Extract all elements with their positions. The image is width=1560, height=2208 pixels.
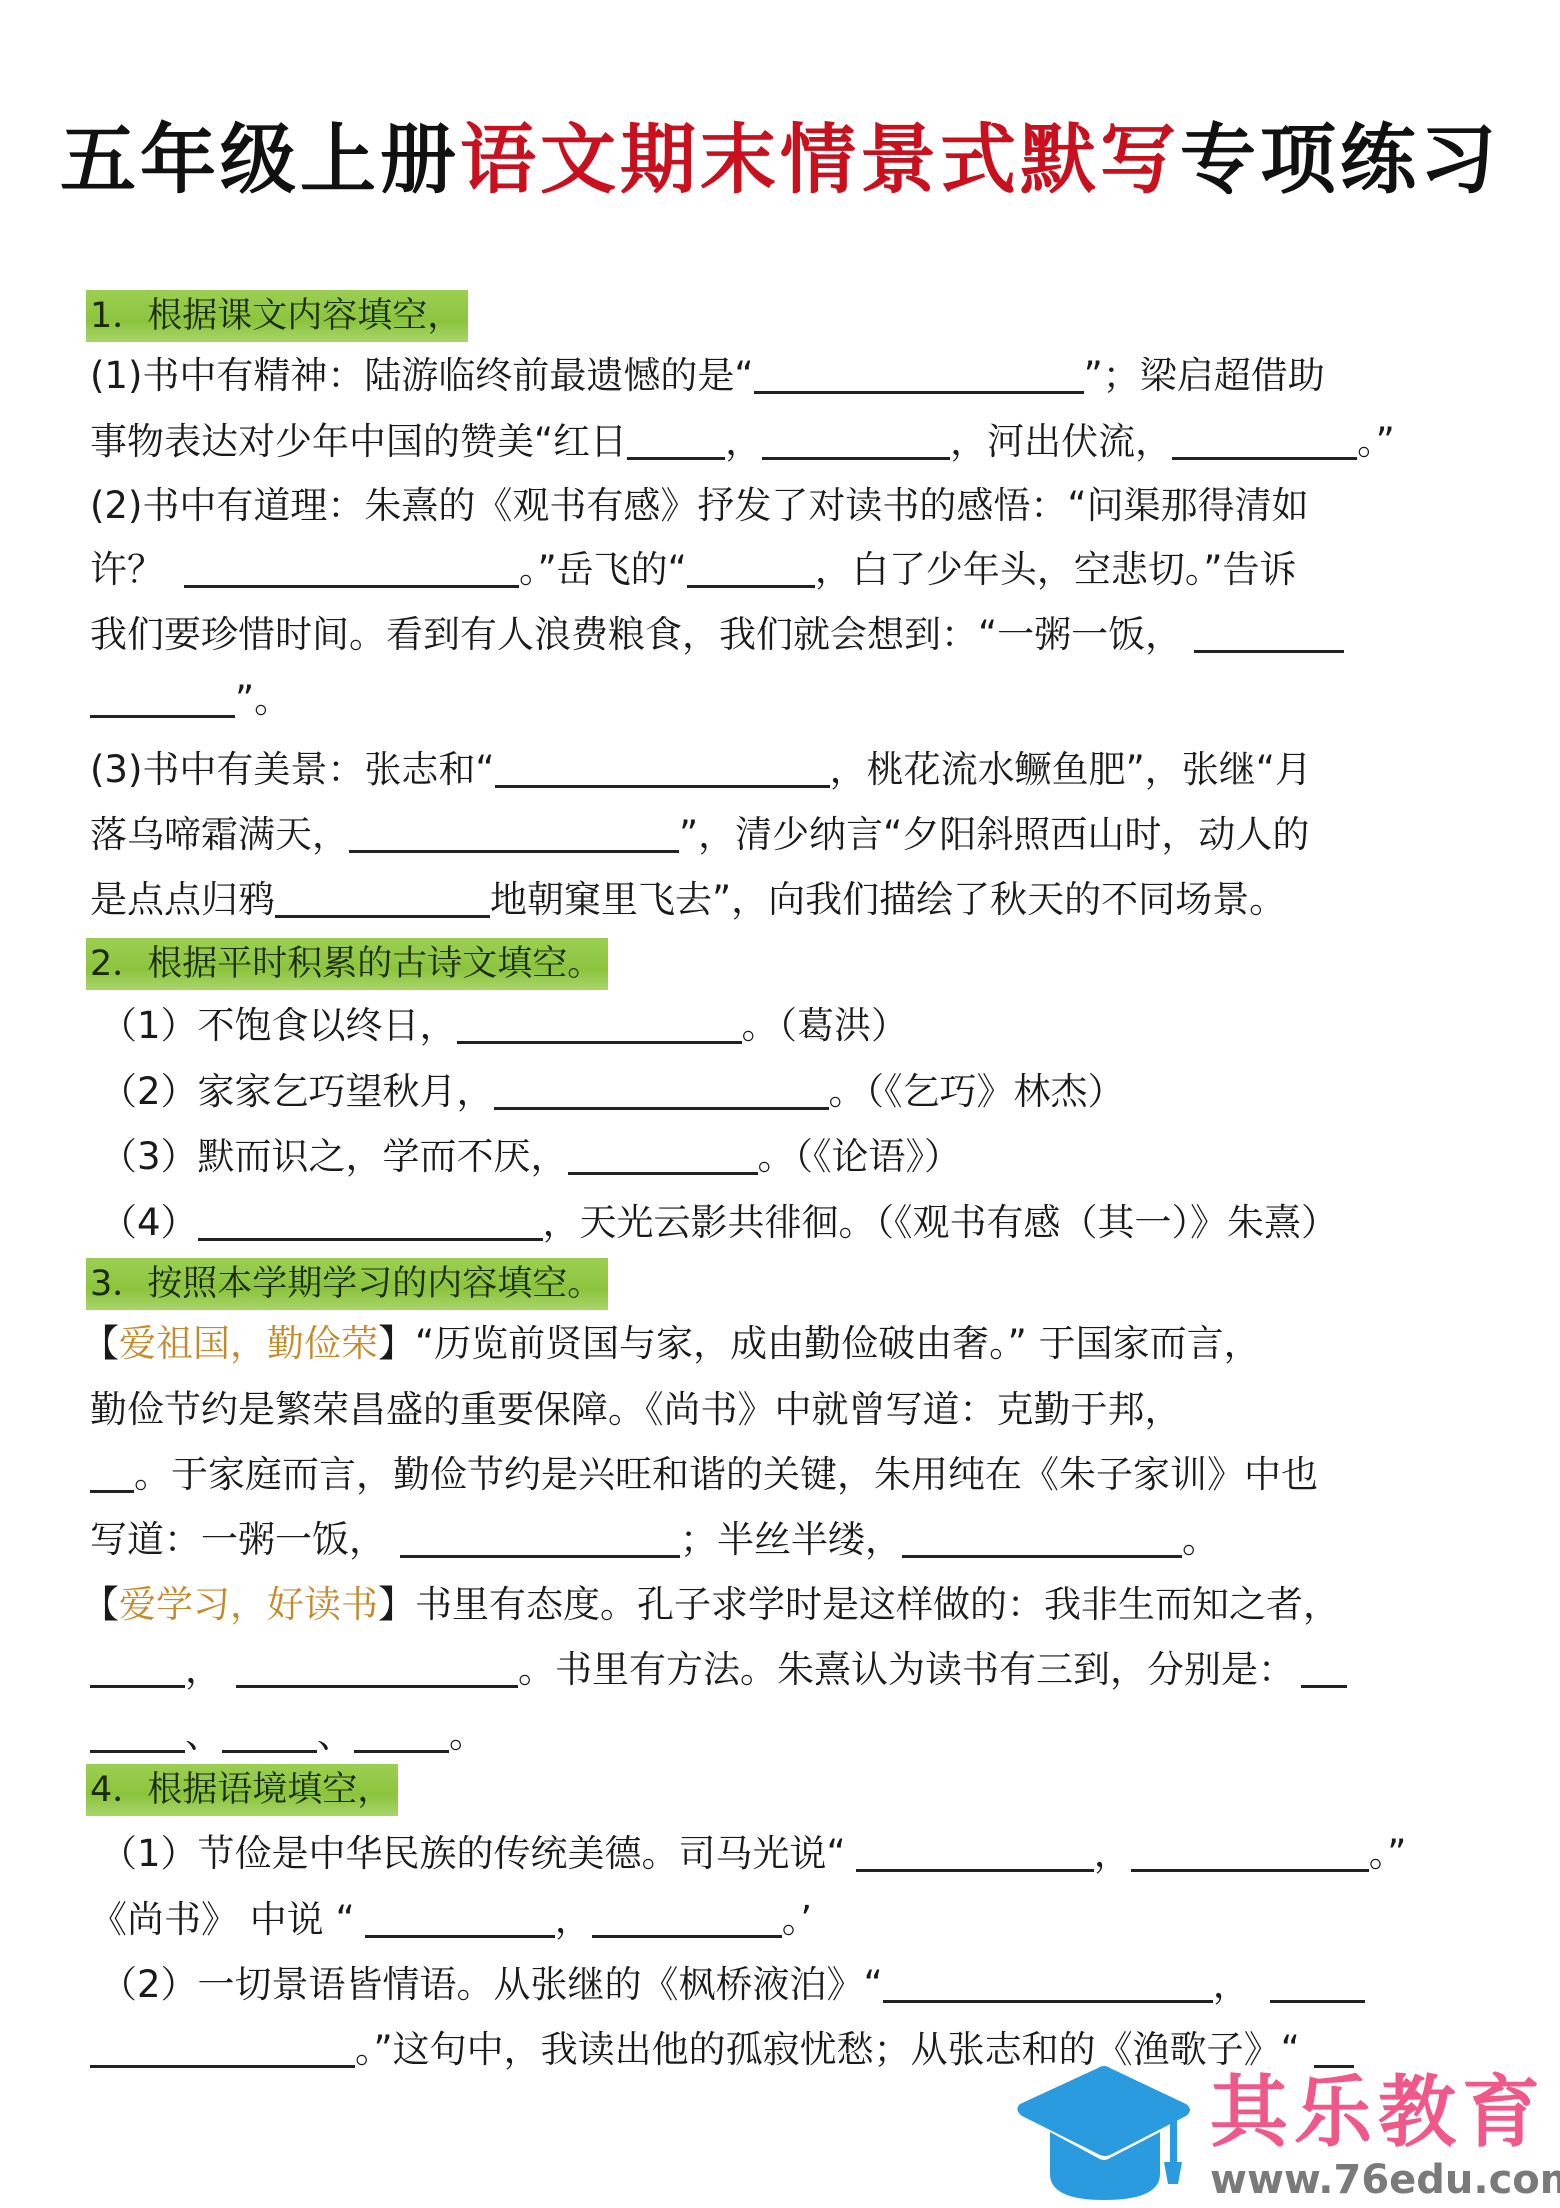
text: 落乌啼霜满天， bbox=[90, 813, 349, 856]
s1-line-9: 是点点归鸦地朝窠里飞去”，向我们描绘了秋天的不同场景。 bbox=[90, 870, 1470, 930]
text: （1）不饱食以终日， bbox=[100, 1004, 457, 1047]
text: 【 bbox=[82, 1322, 119, 1365]
text: ，河出伏流， bbox=[950, 420, 1172, 463]
text: (1)书中有精神：陆游临终前最遗憾的是“ bbox=[90, 354, 754, 397]
text: ， bbox=[725, 420, 762, 463]
s4-line-2: 《尚书》 中说 “，。’ bbox=[90, 1890, 1470, 1950]
s2-item-3: （3）默而识之，学而不厌，。（《论语》） bbox=[100, 1127, 1480, 1187]
blank-12[interactable] bbox=[494, 1067, 829, 1110]
s3-line-6: ，。书里有方法。朱熹认为读书有三到，分别是： bbox=[90, 1640, 1470, 1700]
blank-22[interactable] bbox=[354, 1710, 449, 1753]
s1-line-7: (3)书中有美景：张志和“，桃花流水鳜鱼肥”，张继“月 bbox=[90, 740, 1470, 800]
blank-8[interactable] bbox=[495, 745, 830, 788]
s3-line-2: 勤俭节约是繁荣昌盛的重要保障。《尚书》中就曾写道：克勤于邦， bbox=[90, 1380, 1470, 1440]
text: 是点点归鸦 bbox=[90, 878, 275, 921]
blank-5[interactable] bbox=[184, 545, 519, 588]
text: ，天光云影共徘徊。（《观书有感（其一）》朱熹） bbox=[543, 1201, 1339, 1244]
s1-line-8: 落乌啼霜满天，”，清少纳言“夕阳斜照西山时，动人的 bbox=[90, 805, 1470, 865]
text: 、 bbox=[317, 1713, 354, 1756]
blank-1[interactable] bbox=[754, 351, 1084, 394]
watermark-logo: 其乐教育 www.76edu.com bbox=[1010, 2062, 1555, 2202]
blank-20b[interactable] bbox=[90, 1710, 185, 1753]
s3-line-3: 。于家庭而言，勤俭节约是兴旺和谐的关键，朱用纯在《朱子家训》中也 bbox=[90, 1445, 1470, 1505]
blank-28b[interactable] bbox=[90, 2025, 355, 2068]
s1-line-3: (2)书中有道理：朱熹的《观书有感》抒发了对读书的感悟：“问渠那得清如 bbox=[90, 476, 1470, 536]
s1-line-5: 我们要珍惜时间。看到有人浪费粮食，我们就会想到：“一粥一饭， bbox=[90, 605, 1470, 665]
text: 我们要珍惜时间。看到有人浪费粮食，我们就会想到：“一粥一饭， bbox=[90, 613, 1182, 656]
text: 勤俭节约是繁荣昌盛的重要保障。《尚书》中就曾写道：克勤于邦， bbox=[90, 1388, 1182, 1431]
title-grade: 五年级上册 bbox=[60, 115, 460, 204]
brand-name: 其乐教育 bbox=[1210, 2068, 1546, 2158]
s2-item-1: （1）不饱食以终日，。（葛洪） bbox=[100, 996, 1480, 1056]
text: ，桃花流水鳜鱼肥”，张继“月 bbox=[830, 748, 1312, 791]
blank-9[interactable] bbox=[349, 810, 679, 853]
text: 。（葛洪） bbox=[742, 1004, 909, 1047]
text: （3）默而识之，学而不厌， bbox=[100, 1135, 568, 1178]
section-3-header: 3．按照本学期学习的内容填空。 bbox=[86, 1258, 608, 1310]
text: 。” bbox=[1357, 420, 1395, 463]
section-1-header: 1．根据课文内容填空， bbox=[86, 290, 468, 342]
text: ；半丝半缕， bbox=[680, 1518, 902, 1561]
text: （2）一切景语皆情语。从张继的《枫桥液泊》“ bbox=[100, 1963, 883, 2006]
blank-10[interactable] bbox=[275, 875, 490, 918]
title-suffix: 专项练习 bbox=[1180, 115, 1500, 204]
text: ， bbox=[1213, 1963, 1250, 2006]
text: ， bbox=[185, 1648, 222, 1691]
s2-item-4: （4），天光云影共徘徊。（《观书有感（其一）》朱熹） bbox=[100, 1193, 1480, 1253]
text: 。书里有方法。朱熹认为读书有三到，分别是： bbox=[518, 1648, 1295, 1691]
blank-2[interactable] bbox=[627, 417, 725, 460]
text: 地朝窠里飞去”，向我们描绘了秋天的不同场景。 bbox=[490, 878, 1286, 921]
blank-16[interactable] bbox=[400, 1515, 680, 1558]
blank-7b[interactable] bbox=[90, 675, 235, 718]
blank-23[interactable] bbox=[856, 1829, 1094, 1872]
s3-line-7: 、、。 bbox=[90, 1705, 1470, 1765]
s1-line-1: (1)书中有精神：陆游临终前最遗憾的是“”；梁启超借助 bbox=[90, 346, 1470, 406]
section-2-header: 2．根据平时积累的古诗文填空。 bbox=[86, 938, 608, 990]
text: 。” bbox=[1369, 1832, 1407, 1875]
text: 【 bbox=[82, 1583, 119, 1626]
text: （4） bbox=[100, 1201, 198, 1244]
text: 。（《论语》） bbox=[758, 1135, 962, 1178]
s3-line-1: 【爱祖国，勤俭荣】“历览前贤国与家，成由勤俭破由奢。” 于国家而言， bbox=[82, 1314, 1462, 1374]
blank-19[interactable] bbox=[236, 1645, 518, 1688]
text: 。 bbox=[449, 1713, 486, 1756]
text: 。 bbox=[1182, 1518, 1219, 1561]
text: 。于家庭而言，勤俭节约是兴旺和谐的关键，朱用纯在《朱子家训》中也 bbox=[134, 1453, 1318, 1496]
s4-line-1: （1）节俭是中华民族的传统美德。司马光说“，。” bbox=[100, 1824, 1480, 1884]
tag-love-learning: 爱学习，好读书 bbox=[119, 1583, 378, 1626]
blank-26[interactable] bbox=[592, 1895, 782, 1938]
text: 事物表达对少年中国的赞美“红日 bbox=[90, 420, 627, 463]
text: (3)书中有美景：张志和“ bbox=[90, 748, 495, 791]
blank-27[interactable] bbox=[883, 1960, 1213, 2003]
text: 许？ bbox=[90, 548, 164, 591]
page-title: 五年级上册语文期末情景式默写专项练习 bbox=[0, 112, 1560, 208]
blank-11[interactable] bbox=[457, 1001, 742, 1044]
s2-item-2: （2）家家乞巧望秋月，。（《乞巧》林杰） bbox=[100, 1062, 1480, 1122]
blank-6[interactable] bbox=[687, 545, 815, 588]
blank-17[interactable] bbox=[902, 1515, 1182, 1558]
s3-line-4: 写道：一粥一饭，；半丝半缕，。 bbox=[90, 1510, 1470, 1570]
s4-line-3: （2）一切景语皆情语。从张继的《枫桥液泊》“， bbox=[100, 1955, 1480, 2015]
blank-15[interactable] bbox=[90, 1450, 134, 1493]
section-4-header: 4．根据语境填空， bbox=[86, 1764, 398, 1816]
text: ”，清少纳言“夕阳斜照西山时，动人的 bbox=[679, 813, 1309, 856]
text: 】书里有态度。孔子求学时是这样做的：我非生而知之者， bbox=[378, 1583, 1340, 1626]
blank-20[interactable] bbox=[1301, 1645, 1347, 1688]
blank-7[interactable] bbox=[1194, 610, 1344, 653]
text: 。（《乞巧》林杰） bbox=[829, 1070, 1125, 1113]
text: 。”岳飞的“ bbox=[519, 548, 687, 591]
text: ”。 bbox=[235, 678, 291, 721]
text: 写道：一粥一饭， bbox=[90, 1518, 386, 1561]
blank-18[interactable] bbox=[90, 1645, 185, 1688]
blank-3[interactable] bbox=[762, 417, 950, 460]
s1-line-6: ”。 bbox=[90, 670, 1470, 730]
text: 、 bbox=[185, 1713, 222, 1756]
text: 】“历览前贤国与家，成由勤俭破由奢。” 于国家而言， bbox=[378, 1322, 1261, 1365]
blank-21[interactable] bbox=[222, 1710, 317, 1753]
title-topic: 语文期末情景式默写 bbox=[460, 115, 1180, 204]
s1-line-2: 事物表达对少年中国的赞美“红日，，河出伏流，。” bbox=[90, 412, 1470, 472]
blank-25[interactable] bbox=[365, 1895, 555, 1938]
blank-13[interactable] bbox=[568, 1132, 758, 1175]
s1-line-4: 许？。”岳飞的“，白了少年头，空悲切。”告诉 bbox=[90, 540, 1470, 600]
tag-patriotism: 爱祖国，勤俭荣 bbox=[119, 1322, 378, 1365]
text: ”；梁启超借助 bbox=[1084, 354, 1325, 397]
blank-28[interactable] bbox=[1270, 1960, 1365, 2003]
s3-line-5: 【爱学习，好读书】书里有态度。孔子求学时是这样做的：我非生而知之者， bbox=[82, 1575, 1462, 1635]
text: （1）节俭是中华民族的传统美德。司马光说“ bbox=[100, 1832, 846, 1875]
text: 《尚书》 中说 “ bbox=[90, 1898, 355, 1941]
graduation-cap-icon bbox=[1010, 2062, 1200, 2202]
text: ， bbox=[555, 1898, 592, 1941]
text: ， bbox=[1094, 1832, 1131, 1875]
text: ，白了少年头，空悲切。”告诉 bbox=[815, 548, 1297, 591]
blank-14[interactable] bbox=[198, 1198, 543, 1241]
brand-url: www.76edu.com bbox=[1210, 2158, 1560, 2202]
text: 。’ bbox=[782, 1898, 812, 1941]
text: （2）家家乞巧望秋月， bbox=[100, 1070, 494, 1113]
text: (2)书中有道理：朱熹的《观书有感》抒发了对读书的感悟：“问渠那得清如 bbox=[90, 484, 1309, 527]
blank-24[interactable] bbox=[1131, 1829, 1369, 1872]
blank-4[interactable] bbox=[1172, 417, 1357, 460]
